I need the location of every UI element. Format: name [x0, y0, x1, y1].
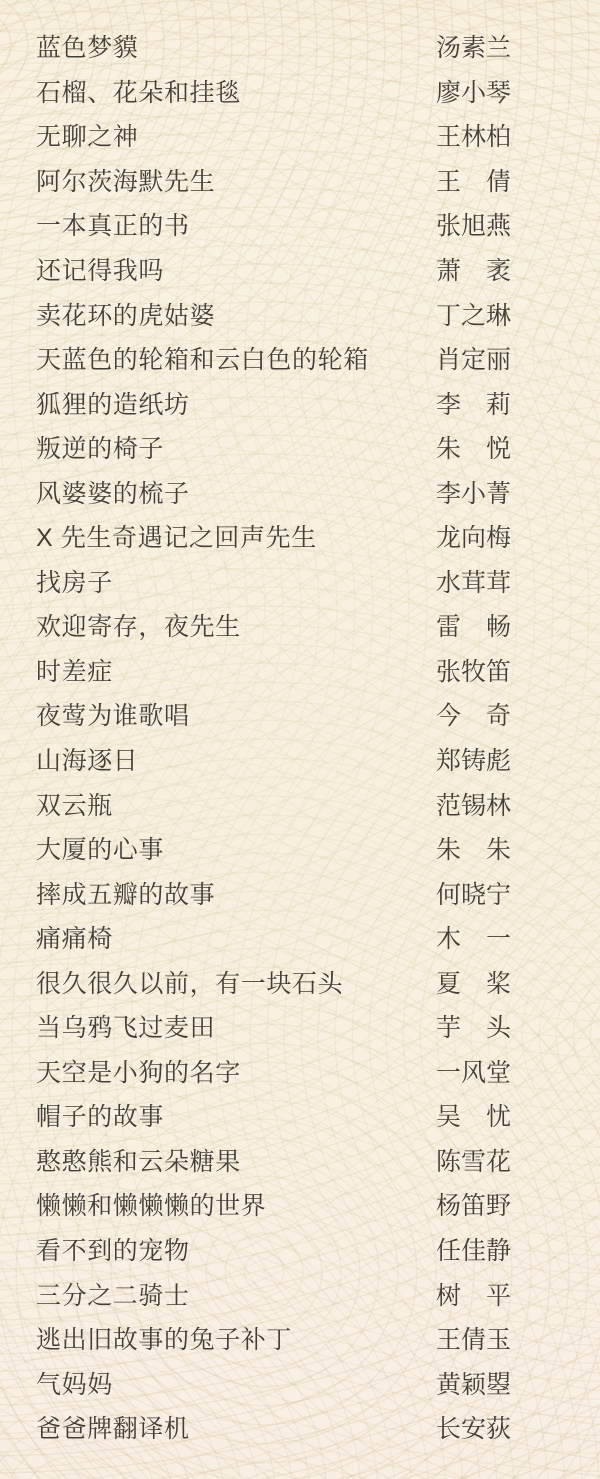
book-title: 狐狸的造纸坊 — [36, 385, 190, 421]
book-row: 三分之二骑士 树 平 — [0, 1271, 600, 1316]
book-author: 任佳静 — [436, 1231, 511, 1267]
book-row: 还记得我吗 萧 袤 — [0, 247, 600, 292]
book-row: 卖花环的虎姑婆 丁之琳 — [0, 291, 600, 336]
book-row: 摔成五瓣的故事 何晓宁 — [0, 870, 600, 915]
book-author: 王 倩 — [436, 162, 511, 198]
book-author: 树 平 — [436, 1276, 511, 1312]
book-title: 帽子的故事 — [36, 1097, 164, 1133]
book-author: 陈雪花 — [436, 1142, 511, 1178]
book-title: 天蓝色的轮箱和云白色的轮箱 — [36, 340, 369, 376]
book-title: 爸爸牌翻译机 — [36, 1409, 190, 1445]
book-author: 杨笛野 — [436, 1186, 511, 1222]
book-title: 痛痛椅 — [36, 919, 113, 955]
book-title: 欢迎寄存，夜先生 — [36, 607, 241, 643]
book-author: 朱 悦 — [436, 429, 511, 465]
book-row: 欢迎寄存，夜先生 雷 畅 — [0, 603, 600, 648]
book-title: 摔成五瓣的故事 — [36, 875, 215, 911]
book-row: 石榴、花朵和挂毯 廖小琴 — [0, 69, 600, 114]
book-author: 廖小琴 — [436, 73, 511, 109]
book-row: 时差症 张牧笛 — [0, 648, 600, 693]
book-row: 山海逐日 郑铸彪 — [0, 737, 600, 782]
book-author: 张牧笛 — [436, 652, 511, 688]
book-list-page: 蓝色梦貘 汤素兰 石榴、花朵和挂毯 廖小琴 无聊之神 王林柏 阿尔茨海默先生 王… — [0, 0, 600, 1479]
book-title: 很久很久以前，有一块石头 — [36, 964, 343, 1000]
book-author: 长安荻 — [436, 1409, 511, 1445]
book-author: 木 一 — [436, 919, 511, 955]
book-row: 夜莺为谁歌唱 今 奇 — [0, 692, 600, 737]
book-author: 郑铸彪 — [436, 741, 511, 777]
book-title: 一本真正的书 — [36, 206, 190, 242]
book-title: 阿尔茨海默先生 — [36, 162, 215, 198]
book-row: 天蓝色的轮箱和云白色的轮箱 肖定丽 — [0, 336, 600, 381]
book-title: 时差症 — [36, 652, 113, 688]
book-author: 朱 朱 — [436, 830, 511, 866]
book-row: 双云瓶 范锡林 — [0, 781, 600, 826]
book-row: 叛逆的椅子 朱 悦 — [0, 425, 600, 470]
book-row: 逃出旧故事的兔子补丁 王倩玉 — [0, 1316, 600, 1361]
book-title: X 先生奇遇记之回声先生 — [36, 518, 317, 554]
book-title: 叛逆的椅子 — [36, 429, 164, 465]
book-title: 蓝色梦貘 — [36, 28, 138, 64]
book-author: 雷 畅 — [436, 607, 511, 643]
book-author: 今 奇 — [436, 696, 511, 732]
book-row: 天空是小狗的名字 一风堂 — [0, 1049, 600, 1094]
book-author: 何晓宁 — [436, 875, 511, 911]
book-author: 张旭燕 — [436, 206, 511, 242]
book-row: 大厦的心事 朱 朱 — [0, 826, 600, 871]
book-row: 找房子 水茸茸 — [0, 559, 600, 604]
book-author: 李小菁 — [436, 474, 511, 510]
book-row: 爸爸牌翻译机 长安荻 — [0, 1405, 600, 1450]
book-row: 气妈妈 黄颖曌 — [0, 1360, 600, 1405]
book-author: 王林柏 — [436, 117, 511, 153]
book-author: 吴 忧 — [436, 1097, 511, 1133]
book-author: 夏 桨 — [436, 964, 511, 1000]
book-title: 逃出旧故事的兔子补丁 — [36, 1320, 292, 1356]
book-row: 一本真正的书 张旭燕 — [0, 202, 600, 247]
book-title: 风婆婆的梳子 — [36, 474, 190, 510]
book-row: 阿尔茨海默先生 王 倩 — [0, 158, 600, 203]
book-title: 双云瓶 — [36, 786, 113, 822]
book-author: 范锡林 — [436, 786, 511, 822]
book-author: 肖定丽 — [436, 340, 511, 376]
book-list: 蓝色梦貘 汤素兰 石榴、花朵和挂毯 廖小琴 无聊之神 王林柏 阿尔茨海默先生 王… — [0, 24, 600, 1450]
book-row: 风婆婆的梳子 李小菁 — [0, 469, 600, 514]
book-row: 帽子的故事 吴 忧 — [0, 1093, 600, 1138]
book-author: 汤素兰 — [436, 28, 511, 64]
book-title: 卖花环的虎姑婆 — [36, 296, 215, 332]
book-row: 懒懒和懒懒懒的世界 杨笛野 — [0, 1182, 600, 1227]
book-author: 李 莉 — [436, 385, 511, 421]
book-title: 大厦的心事 — [36, 830, 164, 866]
book-author: 水茸茸 — [436, 563, 511, 599]
book-title: 天空是小狗的名字 — [36, 1053, 241, 1089]
book-author: 一风堂 — [436, 1053, 511, 1089]
book-title: 气妈妈 — [36, 1365, 113, 1401]
book-title: 懒懒和懒懒懒的世界 — [36, 1186, 266, 1222]
book-title: 还记得我吗 — [36, 251, 164, 287]
book-author: 丁之琳 — [436, 296, 511, 332]
book-author: 黄颖曌 — [436, 1365, 511, 1401]
book-row: 当乌鸦飞过麦田 芋 头 — [0, 1004, 600, 1049]
book-title: 当乌鸦飞过麦田 — [36, 1008, 215, 1044]
book-row: X 先生奇遇记之回声先生 龙向梅 — [0, 514, 600, 559]
book-row: 很久很久以前，有一块石头 夏 桨 — [0, 959, 600, 1004]
book-title: 三分之二骑士 — [36, 1276, 190, 1312]
book-author: 王倩玉 — [436, 1320, 511, 1356]
book-row: 蓝色梦貘 汤素兰 — [0, 24, 600, 69]
book-title: 山海逐日 — [36, 741, 138, 777]
book-title: 看不到的宠物 — [36, 1231, 190, 1267]
book-author: 萧 袤 — [436, 251, 511, 287]
book-title: 石榴、花朵和挂毯 — [36, 73, 241, 109]
book-author: 芋 头 — [436, 1008, 511, 1044]
book-author: 龙向梅 — [436, 518, 511, 554]
book-title: 找房子 — [36, 563, 113, 599]
book-title: 无聊之神 — [36, 117, 138, 153]
book-row: 无聊之神 王林柏 — [0, 113, 600, 158]
book-title: 憨憨熊和云朵糖果 — [36, 1142, 241, 1178]
book-row: 痛痛椅 木 一 — [0, 915, 600, 960]
book-row: 看不到的宠物 任佳静 — [0, 1227, 600, 1272]
book-row: 狐狸的造纸坊 李 莉 — [0, 380, 600, 425]
book-row: 憨憨熊和云朵糖果 陈雪花 — [0, 1138, 600, 1183]
book-title: 夜莺为谁歌唱 — [36, 696, 190, 732]
